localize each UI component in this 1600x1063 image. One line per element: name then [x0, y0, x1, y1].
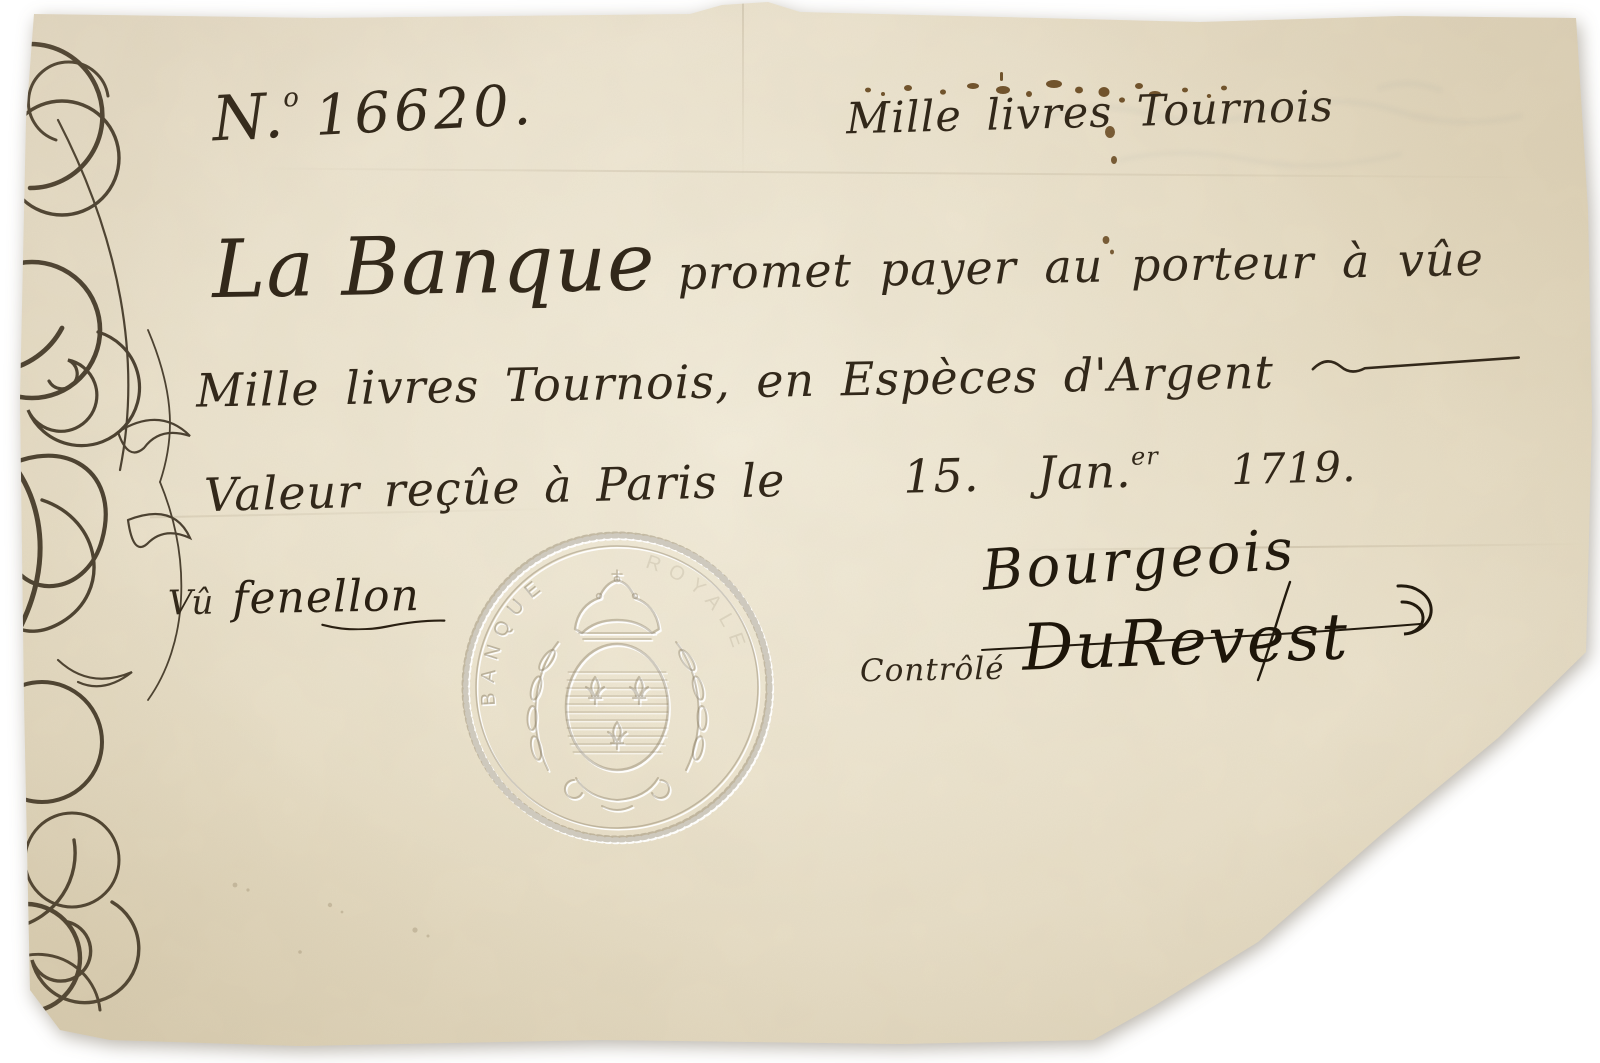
foxing-specks — [200, 860, 500, 980]
seal-arc-text-right: ROYALE — [643, 551, 752, 658]
pen-flourish-line — [1309, 349, 1529, 381]
date-month-sup: er — [1131, 442, 1159, 471]
embossed-bank-seal: BANQUE BANQUE ROYALE — [452, 522, 782, 852]
controlled-label: Contrôlé — [860, 651, 1005, 690]
date-month-text: Jan. — [1037, 444, 1133, 500]
signature-fenellon: fenellon — [232, 570, 421, 624]
date-year: 1719. — [1230, 442, 1356, 494]
calligraphic-border-ornament — [0, 0, 215, 1063]
banknote-paper: BANQUE BANQUE ROYALE — [0, 0, 1600, 1063]
svg-text:ROYALE: ROYALE — [643, 551, 752, 658]
signature-durevest: DuRevest — [1021, 600, 1351, 685]
serial-ordinal-sup: o — [282, 83, 300, 114]
seen-endorsement: Vûfenellon — [168, 570, 449, 634]
scanned-banknote: BANQUE BANQUE ROYALE — [0, 0, 1600, 1063]
seen-label: Vû — [168, 583, 215, 624]
serial-number: 16620. — [313, 73, 536, 149]
date-month: Jan.er — [1037, 443, 1160, 500]
serial-label: N. — [210, 79, 286, 156]
promise-lead: La Banque — [211, 215, 656, 316]
promise-rest: promet payer au porteur à vûe — [677, 232, 1484, 300]
date-day: 15. — [903, 448, 981, 504]
paper-shadow: BANQUE BANQUE ROYALE — [0, 0, 1600, 1063]
